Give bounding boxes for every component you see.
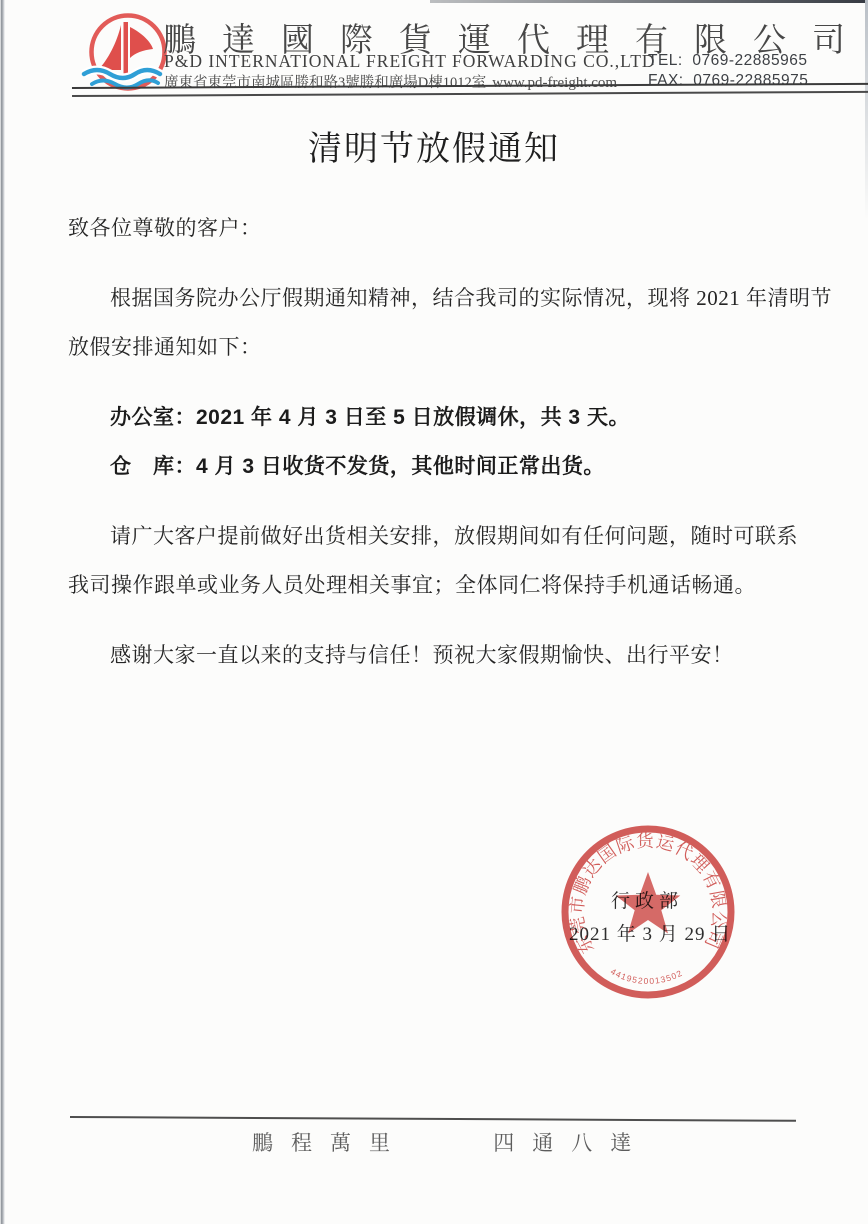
notice-title: 清明节放假通知 — [0, 121, 868, 170]
motto-right: 四通八達 — [493, 1131, 649, 1155]
company-seal-stamp: 东莞市鹏达国际货运代理有限公司 4419520013502 — [538, 802, 768, 1030]
notice-line: 我司操作跟单或业务人员处理相关事宜；全体同仁将保持手机通话畅通。 — [68, 561, 830, 611]
notice-paragraph: 办公室：2021 年 4 月 3 日至 5 日放假调休，共 3 天。仓 库：4 … — [68, 393, 830, 492]
company-name-en: P&D INTERNATIONAL FREIGHT FORWARDING CO.… — [164, 51, 656, 72]
tel-line: TEL: 0769-22885965 — [648, 52, 807, 70]
notice-paragraph: 致各位尊敬的客户： — [68, 204, 830, 254]
footer-motto: 鵬程萬里 四通八達 — [252, 1127, 649, 1157]
notice-line: 请广大客户提前做好出货相关安排，放假期间如有任何问题，随时可联系 — [68, 512, 830, 562]
notice-line: 根据国务院办公厅假期通知精神，结合我司的实际情况，现将 2021 年清明节 — [68, 274, 830, 324]
scan-edge-left — [0, 0, 5, 1224]
seal-serial-number: 4419520013502 — [609, 966, 684, 986]
notice-line: 感谢大家一直以来的支持与信任！预祝大家假期愉快、出行平安！ — [68, 631, 830, 681]
notice-line: 致各位尊敬的客户： — [68, 204, 830, 254]
signature-date: 2021 年 3 月 29 日 — [569, 919, 731, 946]
notice-paragraph: 根据国务院办公厅假期通知精神，结合我司的实际情况，现将 2021 年清明节放假安… — [68, 274, 830, 373]
notice-paragraph: 请广大客户提前做好出货相关安排，放假期间如有任何问题，随时可联系我司操作跟单或业… — [68, 512, 830, 611]
tel-number: 0769-22885965 — [692, 52, 807, 69]
notice-paragraph: 感谢大家一直以来的支持与信任！预祝大家假期愉快、出行平安！ — [68, 631, 830, 681]
footer-divider — [70, 1116, 796, 1122]
signature-department: 行政部 — [611, 886, 683, 913]
notice-line: 办公室：2021 年 4 月 3 日至 5 日放假调休，共 3 天。 — [68, 393, 830, 443]
scan-edge-top — [430, 0, 868, 3]
notice-line: 仓 库：4 月 3 日收货不发货，其他时间正常出货。 — [68, 442, 830, 492]
motto-left: 鵬程萬里 — [252, 1131, 408, 1155]
tel-label: TEL: — [648, 52, 683, 69]
notice-body: 致各位尊敬的客户：根据国务院办公厅假期通知精神，结合我司的实际情况，现将 202… — [68, 204, 830, 700]
notice-line: 放假安排通知如下： — [68, 323, 830, 373]
scanned-notice-page: 鵬達國際貨運代理有限公司 P&D INTERNATIONAL FREIGHT F… — [0, 0, 868, 1224]
